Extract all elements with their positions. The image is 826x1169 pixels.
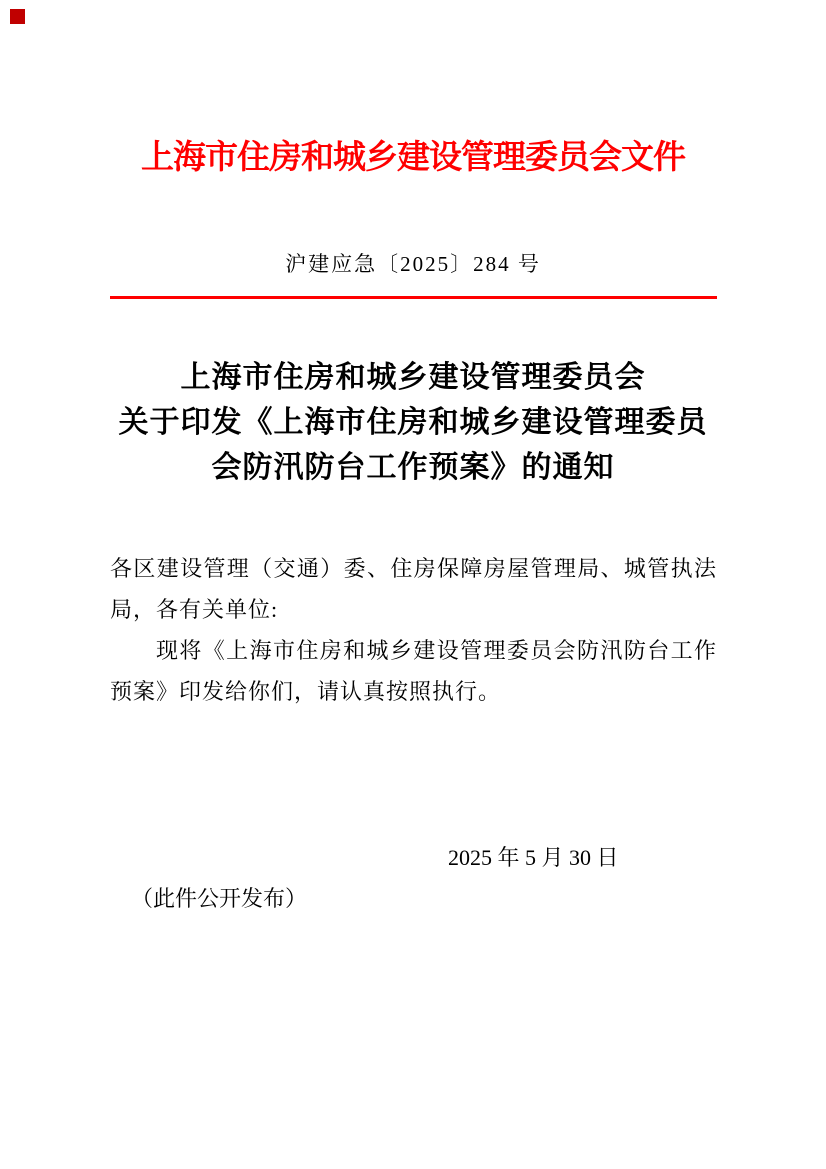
document-title-line-2: 关于印发《上海市住房和城乡建设管理委员 <box>0 400 826 445</box>
paragraph-line-1: 现将《上海市住房和城乡建设管理委员会防汛防台工作 <box>110 630 717 671</box>
publish-note: （此件公开发布） <box>131 886 307 912</box>
paragraph-line-2: 预案》印发给你们，请认真按照执行。 <box>110 671 717 712</box>
agency-header-title: 上海市住房和城乡建设管理委员会文件 <box>0 140 826 176</box>
red-corner-mark <box>10 9 25 24</box>
red-divider-line <box>110 296 717 299</box>
salutation-line-1: 各区建设管理（交通）委、住房保障房屋管理局、城管执法 <box>110 548 717 589</box>
document-title-line-3: 会防汛防台工作预案》的通知 <box>0 445 826 490</box>
signoff-date: 2025 年 5 月 30 日 <box>448 845 619 871</box>
document-page: 上海市住房和城乡建设管理委员会文件 沪建应急〔2025〕284 号 上海市住房和… <box>0 0 826 1169</box>
document-number: 沪建应急〔2025〕284 号 <box>0 251 826 277</box>
salutation-line-2: 局，各有关单位: <box>110 589 717 630</box>
document-title-line-1: 上海市住房和城乡建设管理委员会 <box>0 355 826 400</box>
document-title: 上海市住房和城乡建设管理委员会 关于印发《上海市住房和城乡建设管理委员 会防汛防… <box>0 355 826 490</box>
document-body: 各区建设管理（交通）委、住房保障房屋管理局、城管执法 局，各有关单位: 现将《上… <box>110 548 717 712</box>
